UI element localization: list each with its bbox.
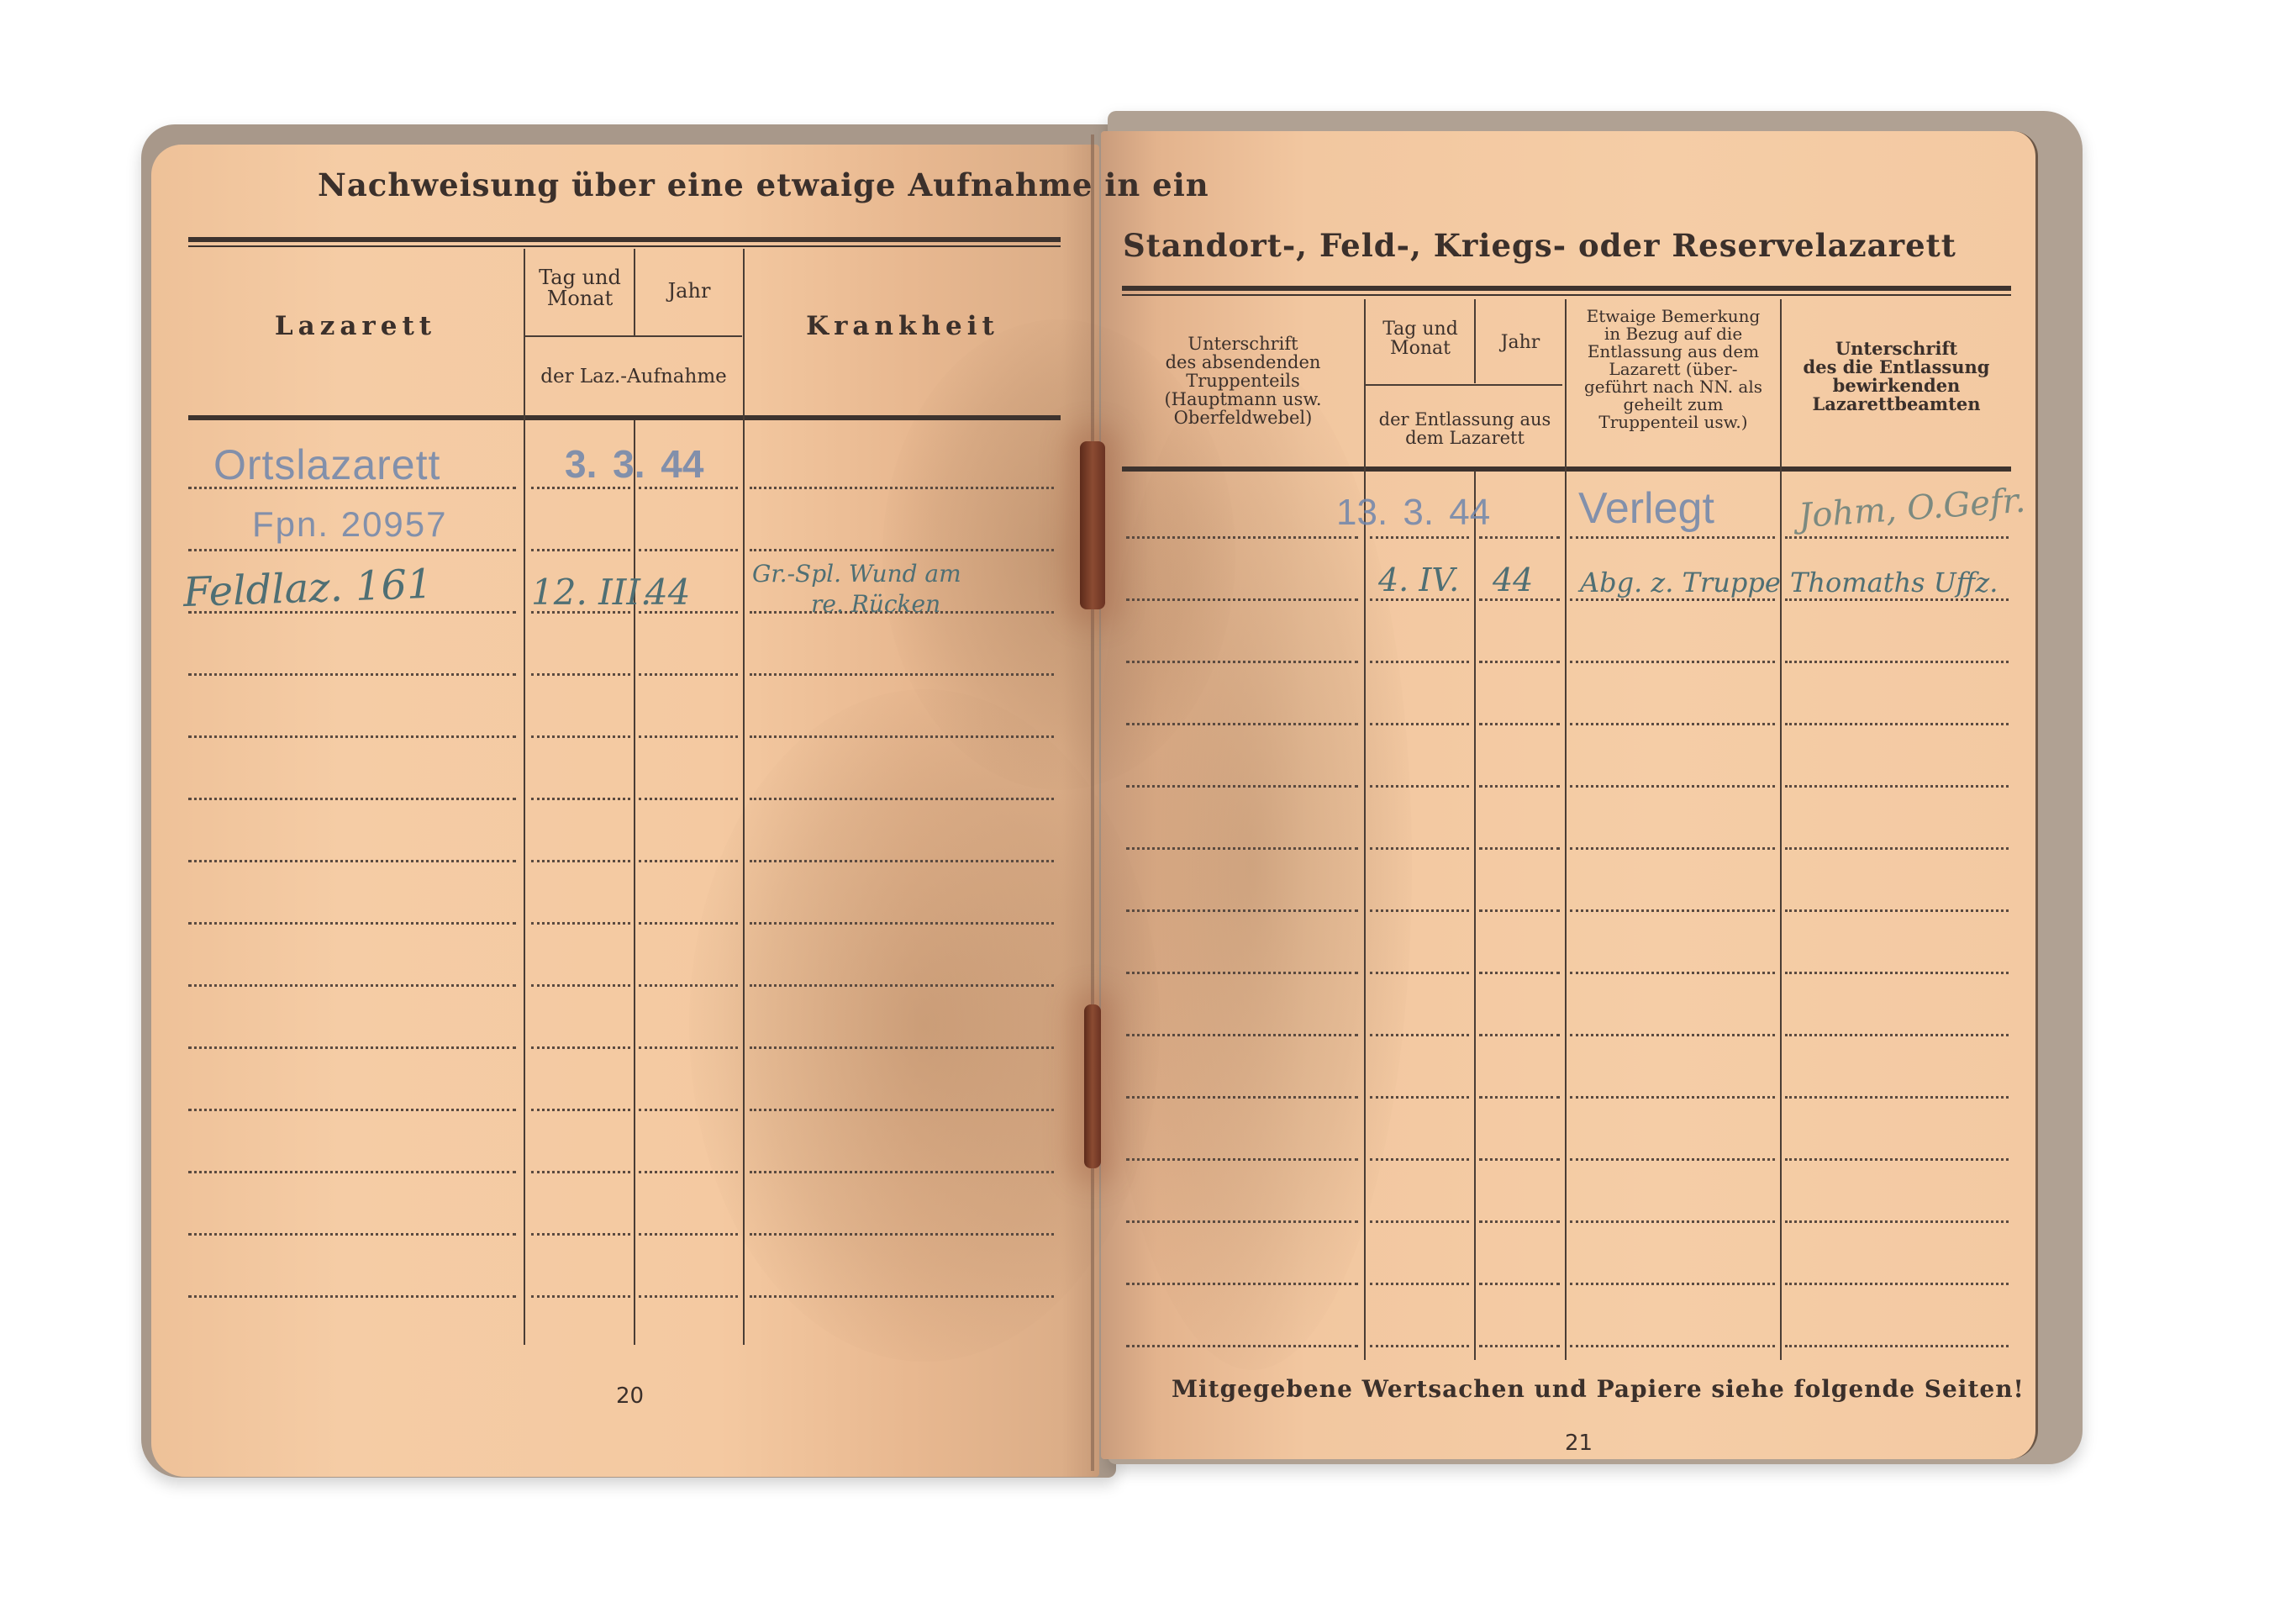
handwritten-jahr: 44 (645, 572, 690, 613)
dotted-row-line (639, 1295, 738, 1298)
dotted-row-line (639, 798, 738, 800)
header-line: geheilt zum (1567, 396, 1780, 414)
dotted-row-line (639, 860, 738, 862)
dotted-row-line (188, 1233, 516, 1236)
dotted-row-line (1785, 661, 2009, 663)
dotted-row-line (639, 1046, 738, 1049)
date-subheader-divider (1366, 384, 1562, 386)
dotted-row-line (1785, 785, 2009, 788)
handwritten-krankheit-line1: Gr.-Spl. Wund am (752, 560, 961, 588)
dotted-row-line (1479, 661, 1560, 663)
column-divider (1780, 299, 1782, 1360)
dotted-row-line (1785, 598, 2009, 601)
column-divider (1565, 299, 1567, 1360)
dotted-row-line (1370, 598, 1469, 601)
dotted-row-line (1785, 1096, 2009, 1099)
page-number-right: 21 (1565, 1431, 1593, 1456)
column-header-jahr: Jahr (1476, 333, 1565, 352)
handwritten-tag-und-monat: 4. IV. (1378, 561, 1459, 598)
dotted-row-line (750, 735, 1054, 738)
dotted-row-line (639, 673, 738, 676)
dotted-row-line (1126, 847, 1358, 850)
dotted-row-line (188, 798, 516, 800)
dotted-row-line (1126, 1283, 1358, 1285)
dotted-row-line (188, 922, 516, 925)
header-line: des absendenden (1122, 353, 1364, 372)
dotted-row-line (531, 673, 630, 676)
dotted-row-line (188, 1109, 516, 1111)
dotted-row-line (188, 860, 516, 862)
header-bottom-rule (188, 415, 1061, 420)
column-header-unterschrift-truppenteil: Unterschrift des absendenden Truppenteil… (1122, 335, 1364, 427)
dotted-row-line (639, 1109, 738, 1111)
dotted-row-line (1570, 661, 1775, 663)
dotted-row-line (1479, 972, 1560, 974)
dotted-row-line (750, 1171, 1054, 1173)
dotted-row-line (1785, 847, 2009, 850)
dotted-row-line (1785, 1283, 2009, 1285)
dotted-row-line (1785, 1034, 2009, 1036)
dotted-row-line (1126, 1096, 1358, 1099)
column-subheader-entlassung: der Entlassung aus dem Lazarett (1366, 410, 1564, 447)
dotted-row-line (1479, 847, 1560, 850)
dotted-row-line (1785, 1220, 2009, 1223)
staple-top (1080, 441, 1105, 609)
dotted-row-line (531, 1109, 630, 1111)
dotted-row-line (1479, 909, 1560, 912)
handwritten-tag-und-monat: 12. III. (531, 572, 651, 613)
header-line: Unterschrift (1782, 340, 2011, 358)
dotted-row-line (1570, 909, 1775, 912)
dotted-row-line (639, 984, 738, 987)
dotted-row-line (1126, 785, 1358, 788)
dotted-row-line (750, 673, 1054, 676)
header-top-rule-thin (1122, 294, 2011, 296)
dotted-row-line (1126, 909, 1358, 912)
dotted-row-line (531, 1171, 630, 1173)
header-line: des die Entlassung (1782, 358, 2011, 377)
dotted-row-line (531, 1295, 630, 1298)
dotted-row-line (1570, 723, 1775, 725)
header-top-rule (188, 237, 1061, 242)
column-header-bemerkung: Etwaige Bemerkung in Bezug auf die Entla… (1567, 308, 1780, 431)
dotted-row-line (1370, 1158, 1469, 1161)
dotted-row-line (531, 984, 630, 987)
dotted-row-line (750, 922, 1054, 925)
header-line: dem Lazarett (1366, 429, 1564, 447)
signature-2: Thomaths Uffz. (1790, 567, 1998, 598)
dotted-row-line (531, 549, 630, 551)
dotted-row-line (1479, 723, 1560, 725)
dotted-row-line (531, 735, 630, 738)
dotted-row-line (1785, 909, 2009, 912)
column-divider (1364, 299, 1366, 1360)
dotted-row-line (639, 735, 738, 738)
dotted-row-line (1370, 661, 1469, 663)
stamp-discharge-date: 13. 3. 44 (1336, 492, 1490, 534)
dotted-row-line (1479, 1283, 1560, 1285)
dotted-row-line (1370, 909, 1469, 912)
dotted-row-line (1479, 1096, 1560, 1099)
stamp-admission-date: 3. 3. 44 (565, 441, 703, 487)
dotted-row-line (1370, 972, 1469, 974)
column-header-tag-und-monat: Tag und Monat (528, 267, 632, 309)
dotted-row-line (1370, 723, 1469, 725)
dotted-row-line (1479, 598, 1560, 601)
dotted-row-line (1370, 785, 1469, 788)
column-header-unterschrift-lazarett: Unterschrift des die Entlassung bewirken… (1782, 340, 2011, 414)
header-line: in Bezug auf die (1567, 325, 1780, 343)
dotted-row-line (1370, 1034, 1469, 1036)
dotted-row-line (188, 1046, 516, 1049)
header-line: Truppenteil usw.) (1567, 414, 1780, 431)
handwritten-jahr: 44 (1493, 561, 1533, 598)
dotted-row-line (1570, 1158, 1775, 1161)
dotted-row-line (531, 487, 630, 489)
dotted-row-line (1570, 1220, 1775, 1223)
dotted-row-line (1126, 1345, 1358, 1347)
dotted-row-line (1785, 723, 2009, 725)
dotted-row-line (531, 798, 630, 800)
dotted-row-line (1570, 1283, 1775, 1285)
dotted-row-line (1126, 661, 1358, 663)
header-line: geführt nach NN. als (1567, 378, 1780, 396)
stamp-verlegt: Verlegt (1578, 483, 1714, 534)
dotted-row-line (1785, 1158, 2009, 1161)
dotted-row-line (1570, 847, 1775, 850)
dotted-row-line (1370, 1096, 1469, 1099)
dotted-row-line (1370, 1283, 1469, 1285)
column-divider (524, 249, 525, 1345)
dotted-row-line (639, 922, 738, 925)
dotted-row-line (188, 1295, 516, 1298)
dotted-row-line (1370, 1345, 1469, 1347)
dotted-row-line (1479, 785, 1560, 788)
page-number-left: 20 (616, 1384, 644, 1409)
handwritten-krankheit-line2: re. Rücken (811, 590, 940, 618)
column-divider (743, 249, 745, 1345)
dotted-row-line (1570, 972, 1775, 974)
dotted-row-line (188, 1171, 516, 1173)
dotted-row-line (531, 922, 630, 925)
spine-fold (1091, 134, 1094, 1471)
dotted-row-line (1570, 785, 1775, 788)
dotted-row-line (1126, 598, 1358, 601)
dotted-row-line (1479, 1034, 1560, 1036)
stamp-fpn: Fpn. 20957 (252, 504, 448, 545)
dotted-row-line (639, 549, 738, 551)
dotted-row-line (1126, 536, 1358, 539)
date-subheader-divider (525, 335, 742, 337)
header-line: Lazarettbeamten (1782, 395, 2011, 414)
dotted-row-line (1126, 1220, 1358, 1223)
header-bottom-rule (1122, 466, 2011, 472)
column-header-tag-und-monat: Tag und Monat (1368, 319, 1472, 358)
dotted-row-line (750, 549, 1054, 551)
header-line: Entlassung aus dem (1567, 343, 1780, 361)
dotted-row-line (1370, 1220, 1469, 1223)
dotted-row-line (531, 1046, 630, 1049)
dotted-row-line (750, 1109, 1054, 1111)
handwritten-bemerkung: Abg. z. Truppe (1580, 567, 1781, 598)
dotted-row-line (1479, 1220, 1560, 1223)
dotted-row-line (1570, 1345, 1775, 1347)
header-top-rule (1122, 286, 2011, 291)
header-line: bewirkenden (1782, 377, 2011, 395)
header-line: Oberfeldwebel) (1122, 408, 1364, 427)
dotted-row-line (1479, 1158, 1560, 1161)
header-line: Truppenteils (1122, 372, 1364, 390)
dotted-row-line (188, 549, 516, 551)
right-page-footer: Mitgegebene Wertsachen und Papiere siehe… (1172, 1375, 2025, 1403)
dotted-row-line (1126, 972, 1358, 974)
staple-bottom (1084, 1004, 1101, 1168)
column-header-lazarett: Lazarett (188, 313, 523, 340)
dotted-row-line (1570, 1096, 1775, 1099)
dotted-row-line (639, 1233, 738, 1236)
dotted-row-line (1479, 1345, 1560, 1347)
header-line: Lazarett (über- (1567, 361, 1780, 378)
dotted-row-line (750, 487, 1054, 489)
header-line: der Entlassung aus (1366, 410, 1564, 429)
header-line: (Hauptmann usw. (1122, 390, 1364, 408)
dotted-row-line (188, 984, 516, 987)
right-page-title: Standort-, Feld-, Kriegs- oder Reservela… (1123, 227, 1956, 264)
dotted-row-line (750, 1295, 1054, 1298)
column-divider (1474, 471, 1476, 1360)
column-divider (634, 420, 635, 1345)
left-page-title: Nachweisung über eine etwaige Aufnahme i… (318, 166, 1209, 203)
dotted-row-line (1570, 1034, 1775, 1036)
dotted-row-line (1570, 536, 1775, 539)
dotted-row-line (1785, 1345, 2009, 1347)
column-subheader-laz-aufnahme: der Laz.-Aufnahme (525, 366, 742, 387)
dotted-row-line (188, 673, 516, 676)
dotted-row-line (750, 798, 1054, 800)
handwritten-lazarett: Feldlaz. 161 (182, 561, 433, 616)
dotted-row-line (639, 487, 738, 489)
dotted-row-line (750, 984, 1054, 987)
dotted-row-line (750, 1233, 1054, 1236)
header-top-rule-thin (188, 245, 1061, 247)
dotted-row-line (639, 1171, 738, 1173)
dotted-row-line (1570, 598, 1775, 601)
header-line: Etwaige Bemerkung (1567, 308, 1780, 325)
stamp-ortslazarett: Ortslazarett (213, 440, 440, 489)
dotted-row-line (1370, 536, 1469, 539)
dotted-row-line (1370, 847, 1469, 850)
dotted-row-line (531, 1233, 630, 1236)
header-line: Unterschrift (1122, 335, 1364, 353)
dotted-row-line (750, 860, 1054, 862)
column-header-jahr: Jahr (635, 281, 743, 302)
dotted-row-line (1785, 972, 2009, 974)
dotted-row-line (750, 1046, 1054, 1049)
dotted-row-line (1126, 723, 1358, 725)
dotted-row-line (1126, 1034, 1358, 1036)
column-header-krankheit: Krankheit (745, 313, 1061, 340)
dotted-row-line (531, 860, 630, 862)
dotted-row-line (188, 735, 516, 738)
dotted-row-line (1785, 536, 2009, 539)
dotted-row-line (1126, 1158, 1358, 1161)
dotted-row-line (1479, 536, 1560, 539)
